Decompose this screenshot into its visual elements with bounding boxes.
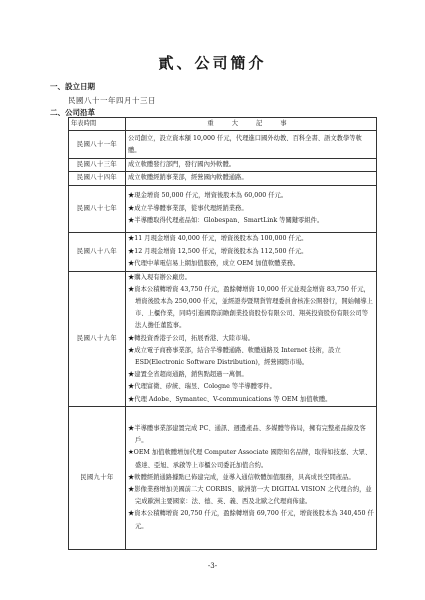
page-title: 貳、公司簡介 bbox=[0, 52, 425, 73]
table-row: 民國八十三年成立軟體發行部門，發行國內外軟體。 bbox=[69, 159, 377, 172]
event-item: 公司創立，設立資本額 10,000 仟元，代理進口國外幼教、百科全書、語文教學等… bbox=[128, 133, 374, 157]
event-item: ★建置全省超商通路，銷售點超過一萬個。 bbox=[128, 369, 374, 381]
event-text: 影像業務增加美國前二大 CORBIS、歐洲第一大 DIGITAL VISION … bbox=[134, 486, 371, 505]
year-cell: 民國八十三年 bbox=[69, 159, 126, 172]
event-item: 成立軟體經銷事業部，經營國內軟體通路。 bbox=[128, 172, 374, 184]
event-text: 資本公積轉增資 43,750 仟元，盈餘轉增資 10,000 仟元並現金增資 8… bbox=[134, 286, 373, 330]
event-item: ★OEM 加值軟體增加代理 Computer Associate 國際知名品牌，… bbox=[128, 447, 374, 471]
event-text: 購入現有辦公廠房。 bbox=[134, 274, 191, 281]
year-cell: 民國八十七年 bbox=[69, 185, 126, 232]
event-text: 成立軟體經銷事業部，經營國內軟體通路。 bbox=[128, 174, 248, 181]
year-cell: 民國九十年 bbox=[69, 406, 126, 549]
event-item: ★轉投資香港子公司，拓展香港、大陸市場。 bbox=[128, 333, 374, 345]
year-cell: 民國八十一年 bbox=[69, 131, 126, 159]
event-item: ★成立半導體事業部，從事代理經銷業務。 bbox=[128, 203, 374, 215]
event-item: ★代理中華電信易上網加值服務，成立 OEM 加值軟體業務。 bbox=[128, 258, 374, 270]
event-item: 成立軟體發行部門，發行國內外軟體。 bbox=[128, 159, 374, 171]
event-text: 資本公積轉增資 20,750 仟元，盈餘轉增資 69,700 仟元，增資後股本為… bbox=[134, 510, 374, 529]
table-row: 民國八十四年成立軟體經銷事業部，經營國內軟體通路。 bbox=[69, 172, 377, 185]
events-cell: ★現金增資 50,000 仟元，增資後股本為 60,000 仟元。★成立半導體事… bbox=[126, 185, 377, 232]
event-text: 半導體取得代理產品如：Globespan、SmartLink 等關鍵零組件。 bbox=[134, 217, 323, 224]
year-cell: 民國八十四年 bbox=[69, 172, 126, 185]
event-text: OEM 加值軟體增加代理 Computer Associate 國際知名品牌，取… bbox=[134, 449, 372, 468]
year-cell: 民國八十八年 bbox=[69, 232, 126, 271]
event-text: 半導體事業部建置完成 PC、通訊、週邊產品、多媒體等佈局，擁有完整產品線及客戶。 bbox=[134, 425, 365, 444]
events-cell: ★半導體事業部建置完成 PC、通訊、週邊產品、多媒體等佈局，擁有完整產品線及客戶… bbox=[126, 406, 377, 549]
event-text: 11 月現金增資 40,000 仟元，增資後股本為 100,000 仟元。 bbox=[134, 235, 307, 242]
event-text: 轉投資香港子公司，拓展香港、大陸市場。 bbox=[134, 335, 254, 342]
year-cell: 民國八十九年 bbox=[69, 271, 126, 406]
event-item: ★代理 Adobe、Symantec、V-communications 等 OE… bbox=[128, 394, 374, 406]
table-row: 民國八十一年公司創立，設立資本額 10,000 仟元，代理進口國外幼教、百科全書… bbox=[69, 131, 377, 159]
events-cell: ★11 月現金增資 40,000 仟元，增資後股本為 100,000 仟元。★1… bbox=[126, 232, 377, 271]
events-cell: 成立軟體經銷事業部，經營國內軟體通路。 bbox=[126, 172, 377, 185]
event-item: ★影像業務增加美國前二大 CORBIS、歐洲第一大 DIGITAL VISION… bbox=[128, 484, 374, 508]
event-text: 成立電子商務事業部，結合半導體通路、軟體通路及 Internet 技術，設立 E… bbox=[134, 347, 340, 366]
event-text: 成立半導體事業部，從事代理經銷業務。 bbox=[134, 205, 247, 212]
section-heading-establishment-date: 一、設立日期 bbox=[50, 81, 95, 92]
header-events: 重 大 記 事 bbox=[126, 118, 377, 131]
event-text: 公司創立，設立資本額 10,000 仟元，代理進口國外幼教、百科全書、語文教學等… bbox=[128, 135, 362, 154]
event-text: 建置全省超商通路，銷售點超過一萬個。 bbox=[134, 371, 247, 378]
event-item: ★資本公積轉增資 20,750 仟元，盈餘轉增資 69,700 仟元，增資後股本… bbox=[128, 508, 374, 532]
header-year: 年表時間 bbox=[69, 118, 126, 131]
event-text: 代理富微、矽統、瑞昱、Cologne 等半導體零件。 bbox=[134, 383, 276, 390]
event-text: 現金增資 50,000 仟元，增資後股本為 60,000 仟元。 bbox=[134, 192, 287, 199]
event-item: ★11 月現金增資 40,000 仟元，增資後股本為 100,000 仟元。 bbox=[128, 233, 374, 245]
event-text: 12 月現金增資 12,500 仟元，增資後股本為 112,500 仟元。 bbox=[134, 248, 307, 255]
page-number: -3- bbox=[0, 562, 425, 570]
event-text: 代理中華電信易上網加值服務，成立 OEM 加值軟體業務。 bbox=[134, 260, 299, 267]
event-item: ★半導體取得代理產品如：Globespan、SmartLink 等關鍵零組件。 bbox=[128, 215, 374, 227]
event-item: ★代理富微、矽統、瑞昱、Cologne 等半導體零件。 bbox=[128, 381, 374, 393]
event-item: ★半導體事業部建置完成 PC、通訊、週邊產品、多媒體等佈局，擁有完整產品線及客戶… bbox=[128, 423, 374, 447]
table-row: 民國八十七年★現金增資 50,000 仟元，增資後股本為 60,000 仟元。★… bbox=[69, 185, 377, 232]
company-history-table: 年表時間 重 大 記 事 民國八十一年公司創立，設立資本額 10,000 仟元，… bbox=[68, 117, 377, 550]
table-row: 民國八十八年★11 月現金增資 40,000 仟元，增資後股本為 100,000… bbox=[69, 232, 377, 271]
event-text: 成立軟體發行部門，發行國內外軟體。 bbox=[128, 161, 235, 168]
events-cell: 公司創立，設立資本額 10,000 仟元，代理進口國外幼教、百科全書、語文教學等… bbox=[126, 131, 377, 159]
establishment-date: 民國八十一年四月十三日 bbox=[68, 95, 156, 106]
event-text: 軟體經銷通路據點已佈建完成，並導入通信軟體加值服務，具高成長空間產品。 bbox=[134, 474, 354, 481]
event-item: ★12 月現金增資 12,500 仟元，增資後股本為 112,500 仟元。 bbox=[128, 246, 374, 258]
events-cell: ★購入現有辦公廠房。★資本公積轉增資 43,750 仟元，盈餘轉增資 10,00… bbox=[126, 271, 377, 406]
table-row: 民國八十九年★購入現有辦公廠房。★資本公積轉增資 43,750 仟元，盈餘轉增資… bbox=[69, 271, 377, 406]
table-header-row: 年表時間 重 大 記 事 bbox=[69, 118, 377, 131]
event-item: ★現金增資 50,000 仟元，增資後股本為 60,000 仟元。 bbox=[128, 190, 374, 202]
event-item: ★軟體經銷通路據點已佈建完成，並導入通信軟體加值服務，具高成長空間產品。 bbox=[128, 472, 374, 484]
event-item: ★購入現有辦公廠房。 bbox=[128, 272, 374, 284]
event-text: 代理 Adobe、Symantec、V-communications 等 OEM… bbox=[134, 396, 331, 403]
event-item: ★成立電子商務事業部，結合半導體通路、軟體通路及 Internet 技術，設立 … bbox=[128, 345, 374, 369]
table-row: 民國九十年★半導體事業部建置完成 PC、通訊、週邊產品、多媒體等佈局，擁有完整產… bbox=[69, 406, 377, 549]
events-cell: 成立軟體發行部門，發行國內外軟體。 bbox=[126, 159, 377, 172]
event-item: ★資本公積轉增資 43,750 仟元，盈餘轉增資 10,000 仟元並現金增資 … bbox=[128, 284, 374, 333]
